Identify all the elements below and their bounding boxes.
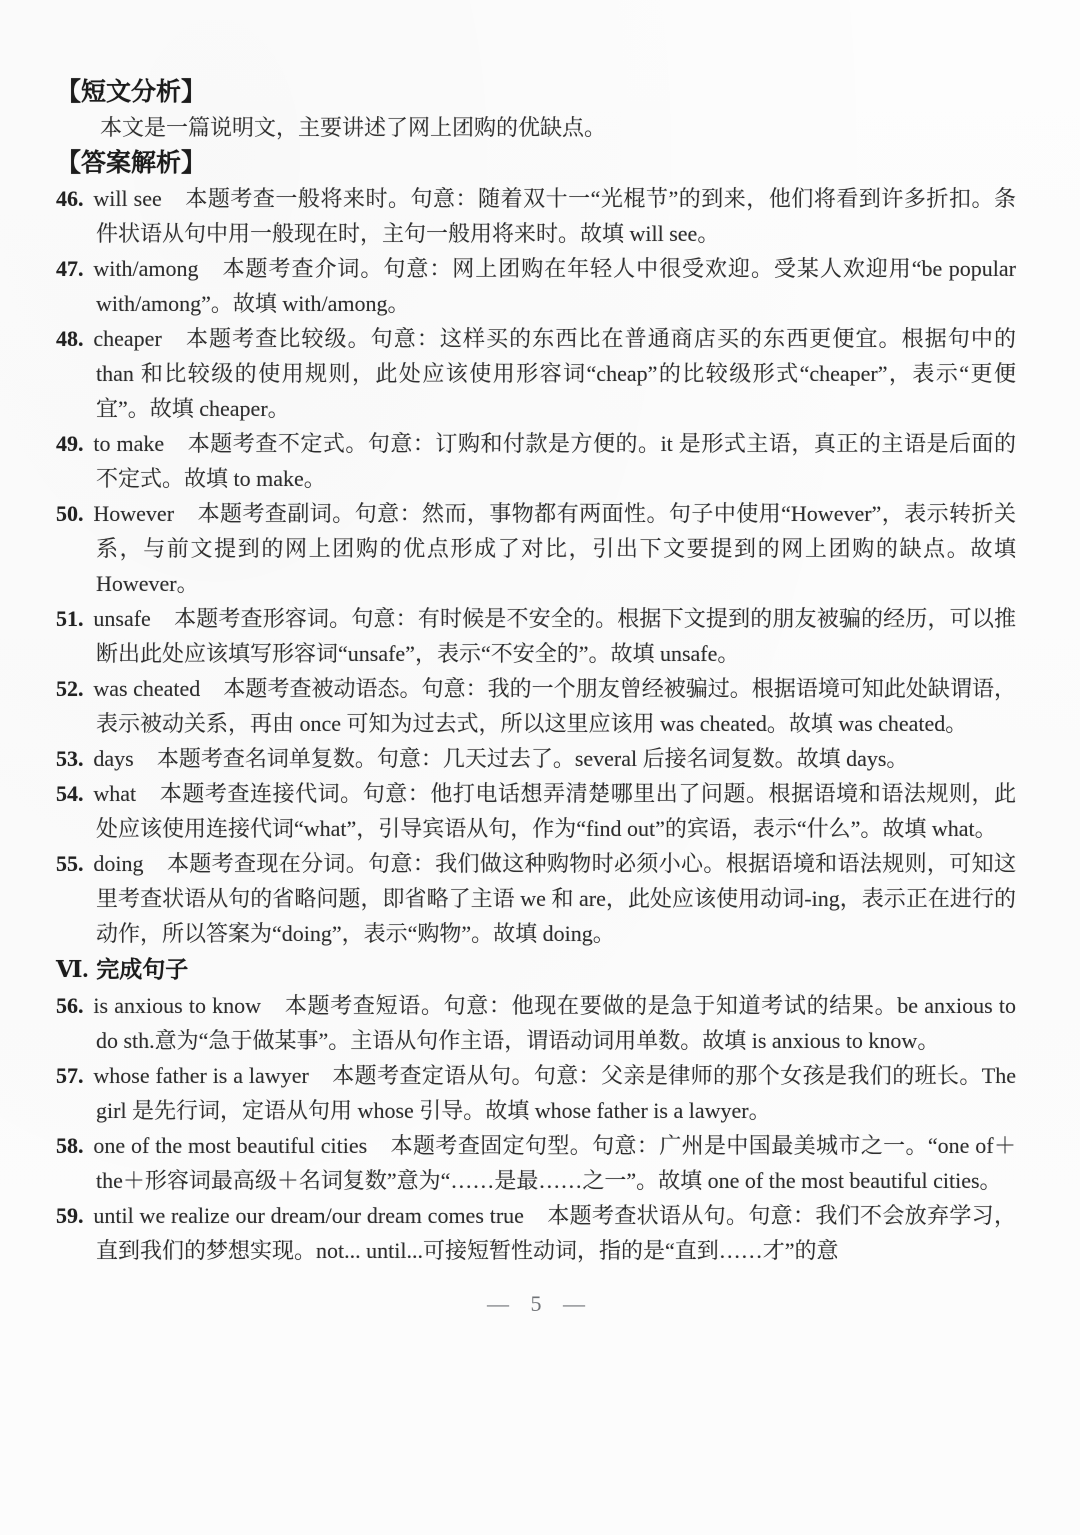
item-answer: whose father is a lawyer (93, 1063, 308, 1088)
item-explanation: 本题考查比较级。句意：这样买的东西比在普通商店买的东西更便宜。根据句中的 tha… (96, 326, 1016, 421)
item-answer: is anxious to know (93, 993, 261, 1018)
answer-item-56: 56.is anxious to know本题考查短语。句意：他现在要做的是急于… (56, 988, 1016, 1058)
item-answer: to make (93, 431, 164, 456)
item-answer: with/among (93, 256, 198, 281)
answer-item-53: 53.days本题考查名词单复数。句意：几天过去了。several 后接名词复数… (56, 741, 1016, 776)
item-explanation: 本题考查形容词。句意：有时候是不安全的。根据下文提到的朋友被骗的经历，可以推断出… (96, 606, 1016, 666)
answer-item-50: 50.However本题考查副词。句意：然而，事物都有两面性。句子中使用“How… (56, 496, 1016, 601)
item-number: 47. (56, 256, 84, 281)
answer-item-48: 48.cheaper本题考查比较级。句意：这样买的东西比在普通商店买的东西更便宜… (56, 321, 1016, 426)
item-answer: what (93, 781, 136, 806)
item-answer: was cheated (93, 676, 200, 701)
item-number: 58. (56, 1133, 84, 1158)
item-explanation: 本题考查副词。句意：然而，事物都有两面性。句子中使用“However”，表示转折… (96, 501, 1016, 596)
section-vi-heading: Ⅵ.完成句子 (56, 951, 1016, 988)
item-answer: one of the most beautiful cities (93, 1133, 367, 1158)
item-number: 53. (56, 746, 84, 771)
analysis-heading: 【短文分析】 (56, 74, 1016, 110)
answer-item-46: 46.will see本题考查一般将来时。句意：随着双十一“光棍节”的到来，他们… (56, 181, 1016, 251)
item-number: 52. (56, 676, 84, 701)
item-number: 55. (56, 851, 84, 876)
item-explanation: 本题考查现在分词。句意：我们做这种购物时必须小心。根据语境和语法规则，可知这里考… (96, 851, 1016, 946)
item-number: 56. (56, 993, 84, 1018)
item-answer: days (93, 746, 133, 771)
item-number: 54. (56, 781, 84, 806)
item-number: 46. (56, 186, 84, 211)
item-explanation: 本题考查不定式。句意：订购和付款是方便的。it 是形式主语，真正的主语是后面的不… (96, 431, 1016, 491)
item-answer: doing (93, 851, 143, 876)
item-explanation: 本题考查连接代词。句意：他打电话想弄清楚哪里出了问题。根据语境和语法规则，此处应… (96, 781, 1016, 841)
item-answer: However (93, 501, 174, 526)
item-number: 50. (56, 501, 84, 526)
answer-item-49: 49.to make本题考查不定式。句意：订购和付款是方便的。it 是形式主语，… (56, 426, 1016, 496)
item-number: 48. (56, 326, 84, 351)
answer-item-54: 54.what本题考查连接代词。句意：他打电话想弄清楚哪里出了问题。根据语境和语… (56, 776, 1016, 846)
item-number: 59. (56, 1203, 84, 1228)
item-number: 49. (56, 431, 84, 456)
item-answer: until we realize our dream/our dream com… (93, 1203, 524, 1228)
item-answer: cheaper (93, 326, 161, 351)
answer-item-47: 47.with/among本题考查介词。句意：网上团购在年轻人中很受欢迎。受某人… (56, 251, 1016, 321)
item-number: 51. (56, 606, 84, 631)
answer-item-51: 51.unsafe本题考查形容词。句意：有时候是不安全的。根据下文提到的朋友被骗… (56, 601, 1016, 671)
answer-item-52: 52.was cheated本题考查被动语态。句意：我的一个朋友曾经被骗过。根据… (56, 671, 1016, 741)
item-answer: will see (93, 186, 161, 211)
document-page: 【短文分析】 本文是一篇说明文，主要讲述了网上团购的优缺点。 【答案解析】 46… (0, 0, 1080, 1535)
section-vi-title: 完成句子 (96, 956, 188, 982)
item-explanation: 本题考查被动语态。句意：我的一个朋友曾经被骗过。根据语境可知此处缺谓语，表示被动… (96, 676, 1016, 736)
answer-item-58: 58.one of the most beautiful cities本题考查固… (56, 1128, 1016, 1198)
item-explanation: 本题考查名词单复数。句意：几天过去了。several 后接名词复数。故填 day… (157, 746, 909, 771)
answer-item-59: 59.until we realize our dream/our dream … (56, 1198, 1016, 1268)
answer-item-57: 57.whose father is a lawyer本题考查定语从句。句意：父… (56, 1058, 1016, 1128)
page-number: — 5 — (56, 1288, 1016, 1320)
item-number: 57. (56, 1063, 84, 1088)
analysis-paragraph: 本文是一篇说明文，主要讲述了网上团购的优缺点。 (56, 110, 1016, 145)
answers-heading: 【答案解析】 (56, 145, 1016, 181)
section-vi-roman-numeral: Ⅵ. (56, 957, 88, 982)
item-explanation: 本题考查介词。句意：网上团购在年轻人中很受欢迎。受某人欢迎用“be popula… (96, 256, 1016, 316)
answer-item-55: 55.doing本题考查现在分词。句意：我们做这种购物时必须小心。根据语境和语法… (56, 846, 1016, 951)
item-answer: unsafe (93, 606, 150, 631)
item-explanation: 本题考查一般将来时。句意：随着双十一“光棍节”的到来，他们将看到许多折扣。条件状… (96, 186, 1016, 246)
